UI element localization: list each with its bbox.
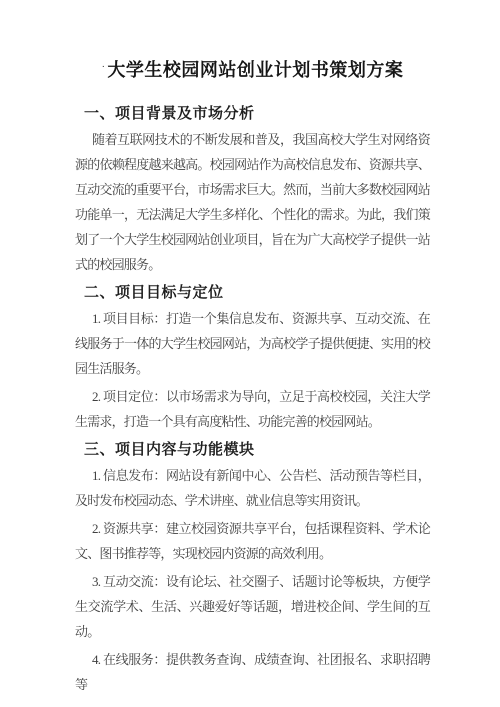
paragraph: 随着互联网技术的不断发展和普及，我国高校大学生对网络资源的依赖程度越来越高。校园… [75,127,430,277]
section-heading: 二、项目目标与定位 [75,280,430,305]
paragraph: 1. 信息发布：网站设有新闻中心、公告栏、活动预告等栏目，及时发布校园动态、学术… [75,463,430,513]
section-background-analysis: 一、项目背景及市场分析 随着互联网技术的不断发展和普及，我国高校大学生对网络资源… [75,101,430,277]
paragraph: 2. 资源共享：建立校园资源共享平台，包括课程资料、学术论文、图书推荐等，实现校… [75,516,430,566]
section-goals-positioning: 二、项目目标与定位 1. 项目目标：打造一个集信息发布、资源共享、互动交流、在线… [75,280,430,434]
paragraph: 3. 互动交流：设有论坛、社交圈子、话题讨论等板块，方便学生交流学术、生活、兴趣… [75,569,430,644]
paragraph: 2. 项目定位：以市场需求为导向，立足于高校校园，关注大学生需求，打造一个具有高… [75,384,430,434]
section-heading: 一、项目背景及市场分析 [75,101,430,126]
document-title: ·大学生校园网站创业计划书策划方案 [75,54,430,83]
document-page: ·大学生校园网站创业计划书策划方案 一、项目背景及市场分析 随着互联网技术的不断… [0,0,500,707]
title-text: 大学生校园网站创业计划书策划方案 [107,60,403,80]
paragraph: 4. 在线服务：提供教务查询、成绩查询、社团报名、求职招聘等 [75,647,430,697]
title-bullet-mark: · [102,61,106,72]
section-heading: 三、项目内容与功能模块 [75,437,430,462]
paragraph: 1. 项目目标：打造一个集信息发布、资源共享、互动交流、在线服务于一体的大学生校… [75,306,430,381]
section-content-modules: 三、项目内容与功能模块 1. 信息发布：网站设有新闻中心、公告栏、活动预告等栏目… [75,437,430,697]
